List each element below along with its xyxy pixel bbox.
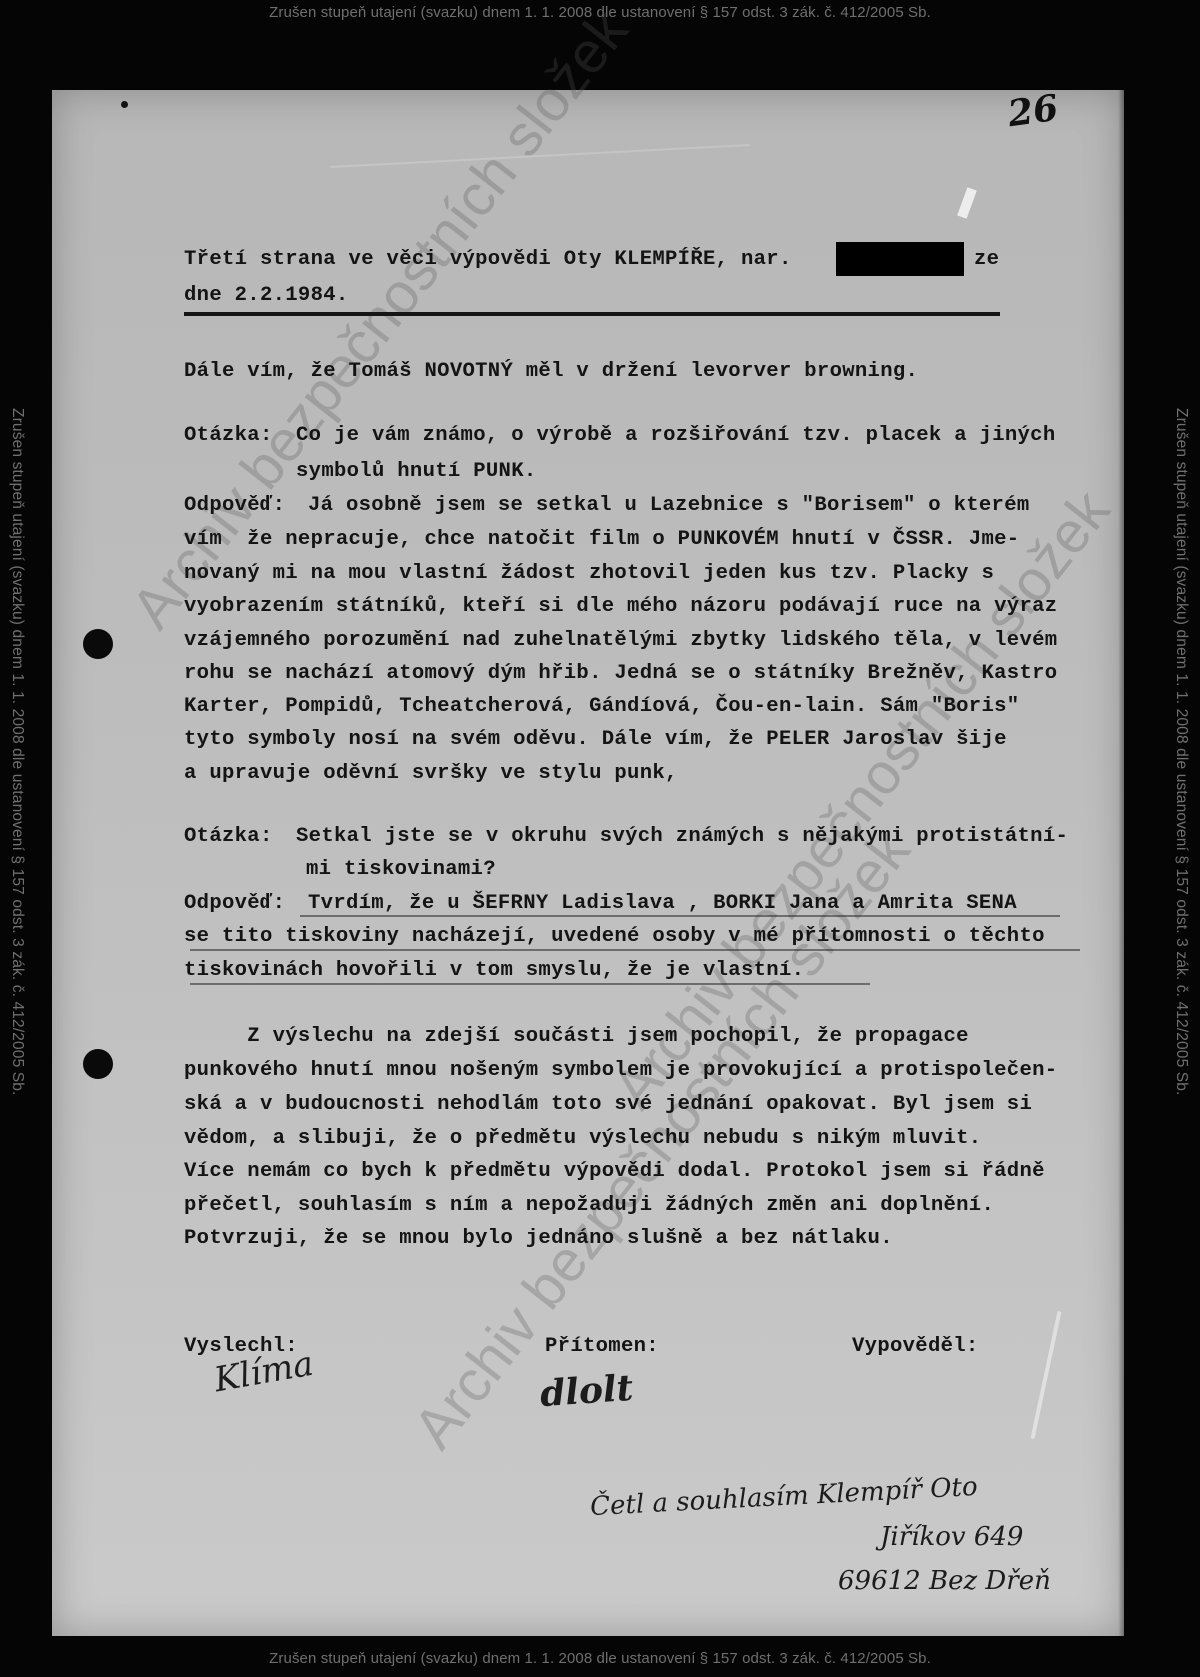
paragraph-novotny: Dále vím, že Tomáš NOVOTNÝ měl v držení …: [184, 362, 918, 383]
declassification-stamp-top: Zrušen stupeň utajení (svazku) dnem 1. 1…: [0, 4, 1200, 21]
closing-line: přečetl, souhlasím s ním a nepožaduji žá…: [184, 1196, 994, 1217]
closing-line: punkového hnutí mnou nošeným symbolem je…: [184, 1061, 1057, 1082]
closing-line: ská a v budoucnosti nehodlám toto své je…: [184, 1095, 1032, 1116]
pencil-underline: [190, 949, 1080, 951]
answer-1-line: novaný mi na mou vlastní žádost zhotovil…: [184, 564, 994, 585]
handwritten-note-line-2: Jiříkov 649: [880, 1522, 1023, 1552]
question-2-label: Otázka:: [184, 827, 273, 848]
answer-1-label: Odpověď:: [184, 496, 285, 517]
answer-1-line: Karter, Pompidů, Tcheatcherová, Gándíová…: [184, 697, 1019, 718]
answer-1-line: a upravuje oděvní svršky ve stylu punk,: [184, 764, 678, 785]
handwritten-note-line-3: 69612 Bez Dřeň: [838, 1566, 1051, 1596]
answer-1-line: vyobrazením státníků, kteří si dle mého …: [184, 597, 1057, 618]
closing-line: Z výslechu na zdejší součásti jsem pocho…: [184, 1027, 969, 1048]
closing-line: vědom, a slibuji, že o předmětu výslechu…: [184, 1129, 981, 1150]
answer-1-line: vím že nepracuje, chce natočit film o PU…: [184, 530, 1019, 551]
answer-2-line: Tvrdím, že u ŠEFRNY Ladislava , BORKI Ja…: [308, 894, 1017, 915]
header-line-2: dne 2.2.1984.: [184, 286, 349, 307]
closing-line: Více nemám co bych k předmětu výpovědi d…: [184, 1162, 1045, 1183]
question-1-label: Otázka:: [184, 426, 273, 447]
punch-hole-top: [83, 629, 113, 659]
answer-1-line: tyto symboly nosí na svém oděvu. Dále ví…: [184, 730, 1007, 751]
ink-dot: [121, 101, 128, 108]
header-line-1: Třetí strana ve věci výpovědi Oty KLEMPÍ…: [184, 250, 792, 271]
answer-1-line: rohu se nachází atomový dým hřib. Jedná …: [184, 664, 1057, 685]
header-rule: [184, 312, 1000, 316]
punch-hole-bottom: [83, 1049, 113, 1079]
answer-2-line: se tito tiskoviny nacházejí, uvedené oso…: [184, 927, 1045, 948]
question-1-line: symbolů hnutí PUNK.: [296, 462, 537, 483]
pencil-underline: [190, 983, 870, 985]
answer-1-line: Já osobně jsem se setkal u Lazebnice s "…: [308, 496, 1030, 517]
question-1-line: Co je vám známo, o výrobě a rozšiřování …: [296, 426, 1056, 447]
question-2-line: Setkal jste se v okruhu svých známých s …: [296, 827, 1068, 848]
signature-present: dlolt: [539, 1367, 635, 1415]
question-2-line: mi tiskovinami?: [306, 860, 496, 881]
answer-1-line: vzájemného porozumění nad zuhelnatělými …: [184, 631, 1057, 652]
declassification-stamp-left: Zrušen stupeň utajení (svazku) dnem 1. 1…: [8, 408, 26, 1096]
closing-line: Potvrzuji, že se mnou bylo jednáno slušn…: [184, 1229, 893, 1250]
answer-2-line: tiskovinách hovořili v tom smyslu, že je…: [184, 961, 804, 982]
signature-label-present: Přítomen:: [545, 1337, 659, 1358]
pencil-underline: [300, 915, 1060, 917]
signature-label-testified: Vypověděl:: [852, 1337, 979, 1358]
answer-2-label: Odpověď:: [184, 894, 285, 915]
redaction-box: [836, 242, 964, 276]
page-number: 26: [1005, 87, 1060, 136]
declassification-stamp-bottom: Zrušen stupeň utajení (svazku) dnem 1. 1…: [0, 1650, 1200, 1667]
declassification-stamp-right: Zrušen stupeň utajení (svazku) dnem 1. 1…: [1172, 408, 1190, 1096]
header-line-1-end: ze: [974, 250, 999, 271]
